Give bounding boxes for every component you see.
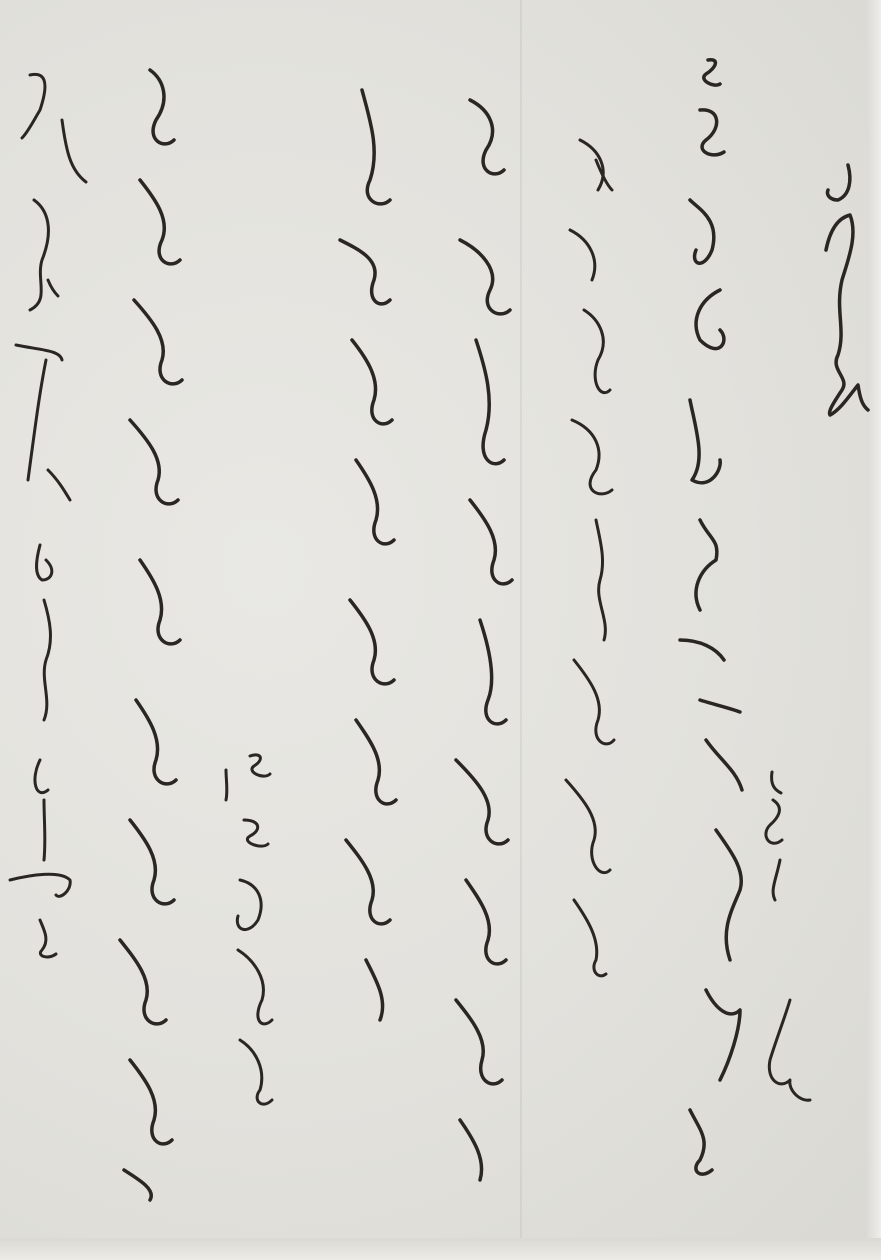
column-7 [120, 70, 182, 1200]
column-8 [10, 74, 86, 957]
column-4 [456, 100, 512, 1180]
column-6 [226, 755, 272, 1104]
column-2 [680, 60, 742, 1174]
column-3 [566, 140, 614, 976]
column-1 [766, 772, 810, 1100]
calligraphy-ink [0, 0, 881, 1260]
column-5 [340, 90, 396, 1020]
column-title [826, 165, 868, 415]
